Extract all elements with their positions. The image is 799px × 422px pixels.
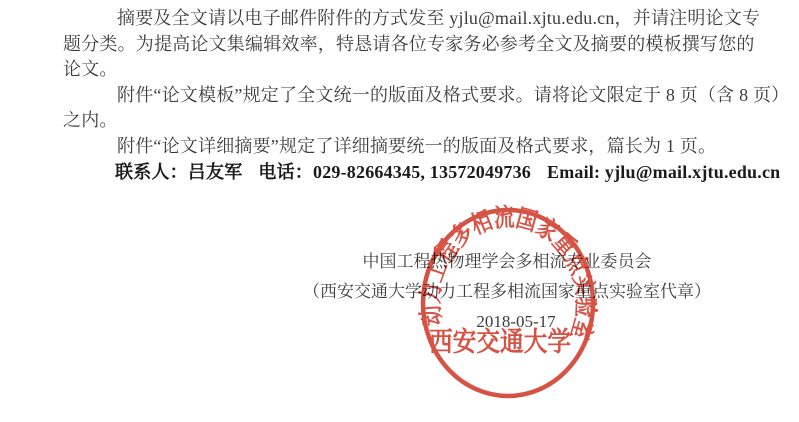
seal-ring-text: 动力工程多相流国家重点实验室 xyxy=(417,204,601,343)
paragraph-line: 题分类。为提高论文集编辑效率，特恳请各位专家务必参考全文及摘要的模板撰写您的 xyxy=(63,32,763,58)
paragraph-line: 附件“论文模板”规定了全文统一的版面及格式要求。请将论文限定于 8 页（含 8 … xyxy=(63,83,763,109)
paragraph-line: 摘要及全文请以电子邮件附件的方式发至 yjlu@mail.xjtu.edu.cn… xyxy=(63,6,763,32)
contact-phone: 电话：029-82664345, 13572049736 xyxy=(258,160,531,186)
document-page: 摘要及全文请以电子邮件附件的方式发至 yjlu@mail.xjtu.edu.cn… xyxy=(0,0,799,422)
official-seal: 动力工程多相流国家重点实验室 西安交通大学 xyxy=(416,204,610,408)
seal-university-name: 西安交通大学 xyxy=(429,327,571,357)
paragraph-line: 附件“论文详细摘要”规定了详细摘要统一的版面及格式要求，篇长为 1 页。 xyxy=(63,134,763,160)
paragraph-line: 论文。 xyxy=(63,57,763,83)
contact-line: 联系人：吕友军 电话：029-82664345, 13572049736 Ema… xyxy=(63,160,763,186)
paragraph-line: 之内。 xyxy=(63,108,763,134)
seal-ring-text-holder: 动力工程多相流国家重点实验室 xyxy=(417,204,601,343)
contact-email: Email: yjlu@mail.xjtu.edu.cn xyxy=(547,160,780,186)
contact-person: 联系人：吕友军 xyxy=(115,160,242,186)
body-text-block: 摘要及全文请以电子邮件附件的方式发至 yjlu@mail.xjtu.edu.cn… xyxy=(63,6,763,185)
